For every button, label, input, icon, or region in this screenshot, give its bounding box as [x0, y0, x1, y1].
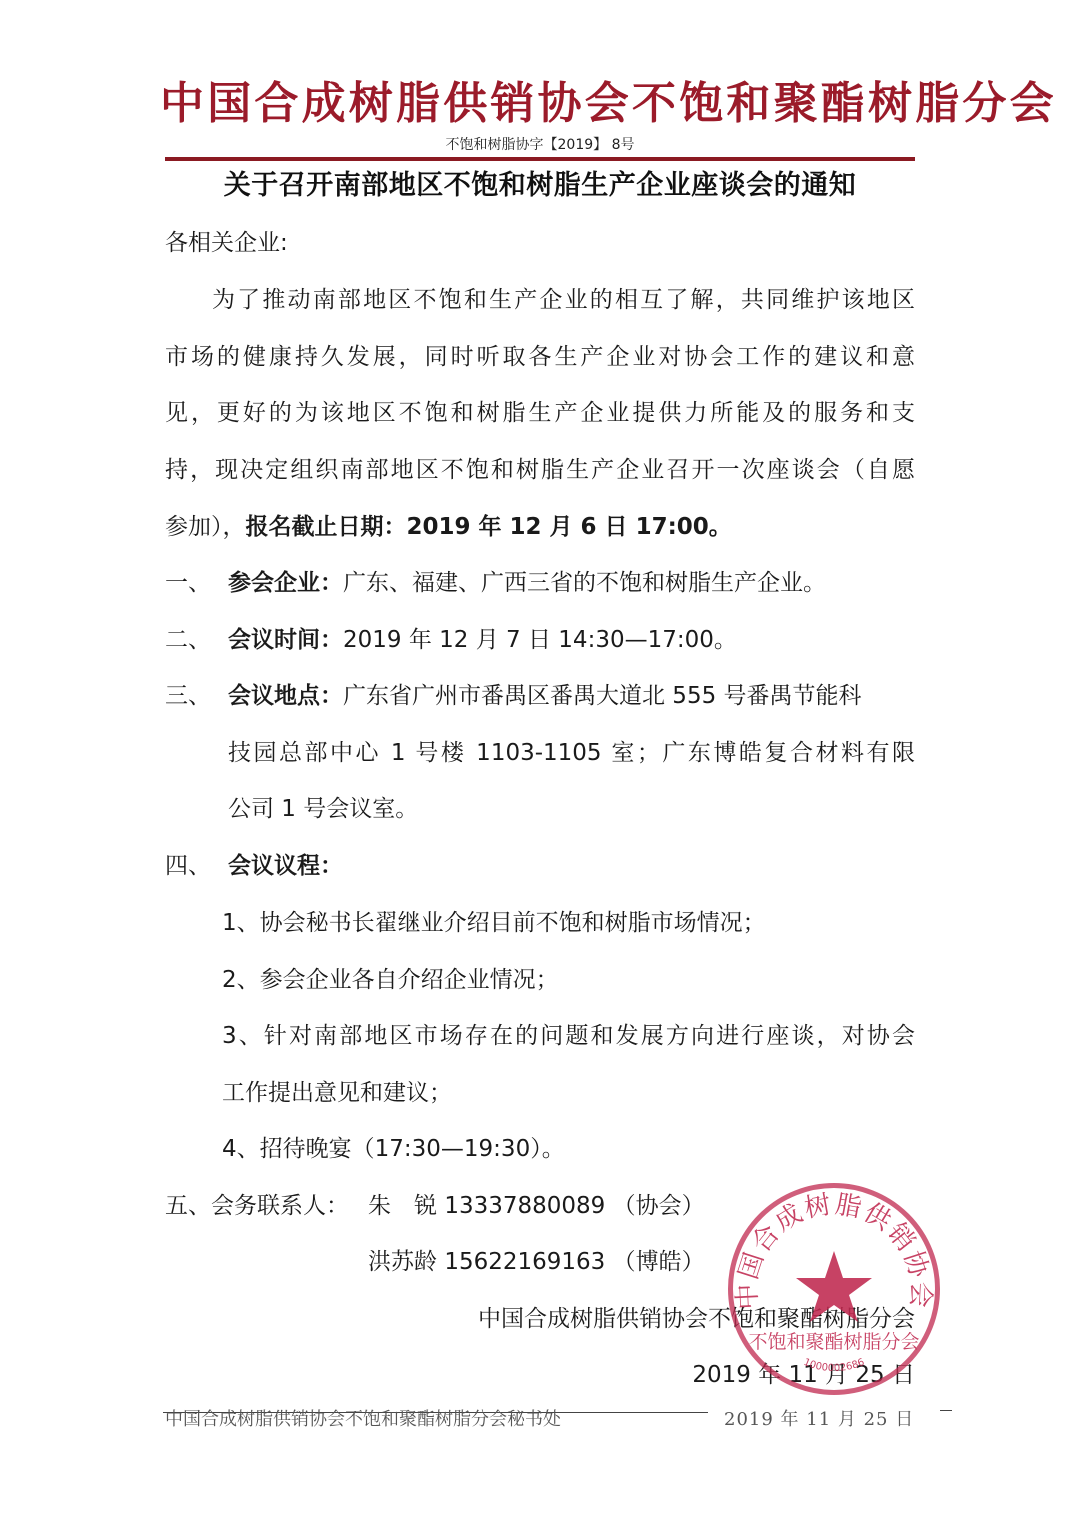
- footer-divider-right: [940, 1410, 952, 1411]
- letterhead-organization: 中国合成树脂供销协会不饱和聚酯树脂分会: [160, 76, 920, 132]
- section-3-continued-2: 公司 1 号会议室。: [228, 793, 418, 825]
- section-4-number: 四、: [165, 850, 211, 882]
- footer-issuer: 中国合成树脂供销协会不饱和聚酯树脂分会秘书处: [165, 1408, 561, 1432]
- section-3-label: 会议地点：: [228, 683, 343, 709]
- deadline-label: 报名截止日期：: [246, 514, 407, 540]
- agenda-item-3: 3、针对南部地区市场存在的问题和发展方向进行座谈，对协会: [222, 1020, 915, 1052]
- section-1: 参会企业：广东、福建、广西三省的不饱和树脂生产企业。: [228, 567, 826, 599]
- section-3-number: 三、: [165, 680, 211, 712]
- seal-arc-text: 中国合成树脂供销协会: [732, 1190, 935, 1311]
- agenda-item-2: 2、参会企业各自介绍企业情况；: [222, 964, 559, 996]
- section-2-label: 会议时间：: [228, 627, 343, 653]
- section-2: 会议时间：2019 年 12 月 7 日 14:30—17:00。: [228, 624, 737, 656]
- section-3-text: 广东省广州市番禺区番禺大道北 555 号番禺节能科: [343, 683, 862, 709]
- letterhead-divider: [165, 157, 915, 161]
- intro-line-2: 市场的健康持久发展，同时听取各生产企业对协会工作的建议和意: [165, 341, 915, 373]
- intro-line-5: 参加），报名截止日期：2019 年 12 月 6 日 17:00。: [165, 511, 732, 543]
- intro-line-4: 持，现决定组织南部地区不饱和树脂生产企业召开一次座谈会（自愿: [165, 454, 915, 486]
- contact-2: 洪苏龄 15622169163 （博皓）: [368, 1246, 705, 1278]
- section-1-number: 一、: [165, 567, 211, 599]
- contact-1-phone: 13337880089: [444, 1193, 605, 1219]
- section-2-text: 2019 年 12 月 7 日 14:30—17:00。: [343, 627, 737, 653]
- contact-2-phone: 15622169163: [444, 1249, 605, 1275]
- contact-2-org: （博皓）: [613, 1249, 705, 1275]
- intro-line-3: 见，更好的为该地区不饱和树脂生产企业提供力所能及的服务和支: [165, 397, 915, 429]
- intro-last-prefix: 参加），: [165, 514, 246, 540]
- deadline-value: 2019 年 12 月 6 日 17:00。: [407, 514, 732, 540]
- section-2-number: 二、: [165, 624, 211, 656]
- intro-line-1: 为了推动南部地区不饱和生产企业的相互了解，共同维护该地区: [212, 284, 915, 316]
- section-3-continued-1: 技园总部中心 1 号楼 1103-1105 室；广东博皓复合材料有限: [228, 737, 915, 769]
- contact-2-name: 洪苏龄: [368, 1249, 437, 1275]
- section-3: 会议地点：广东省广州市番禺区番禺大道北 555 号番禺节能科: [228, 680, 915, 712]
- signature-date: 2019 年 11 月 25 日: [692, 1359, 915, 1391]
- agenda-item-1: 1、协会秘书长翟继业介绍目前不饱和树脂市场情况；: [222, 907, 766, 939]
- section-5-label: 五、会务联系人：: [165, 1190, 349, 1222]
- contact-1: 朱 锐 13337880089 （协会）: [368, 1190, 705, 1222]
- section-4-label: 会议议程：: [228, 850, 343, 882]
- signature-organization: 中国合成树脂供销协会不饱和聚酯树脂分会: [478, 1303, 915, 1335]
- notice-title: 关于召开南部地区不饱和树脂生产企业座谈会的通知: [0, 166, 1080, 206]
- footer-date: 2019 年 11 月 25 日: [724, 1408, 914, 1432]
- agenda-item-4: 4、招待晚宴（17:30—19:30）。: [222, 1133, 565, 1165]
- contact-1-name: 朱 锐: [368, 1193, 437, 1219]
- contact-1-org: （协会）: [613, 1193, 705, 1219]
- section-1-label: 参会企业：: [228, 570, 343, 596]
- section-1-text: 广东、福建、广西三省的不饱和树脂生产企业。: [343, 570, 826, 596]
- salutation: 各相关企业:: [165, 227, 288, 259]
- agenda-item-3-continued: 工作提出意见和建议；: [222, 1077, 452, 1109]
- document-number: 不饱和树脂协字【2019】 8号: [0, 136, 1080, 154]
